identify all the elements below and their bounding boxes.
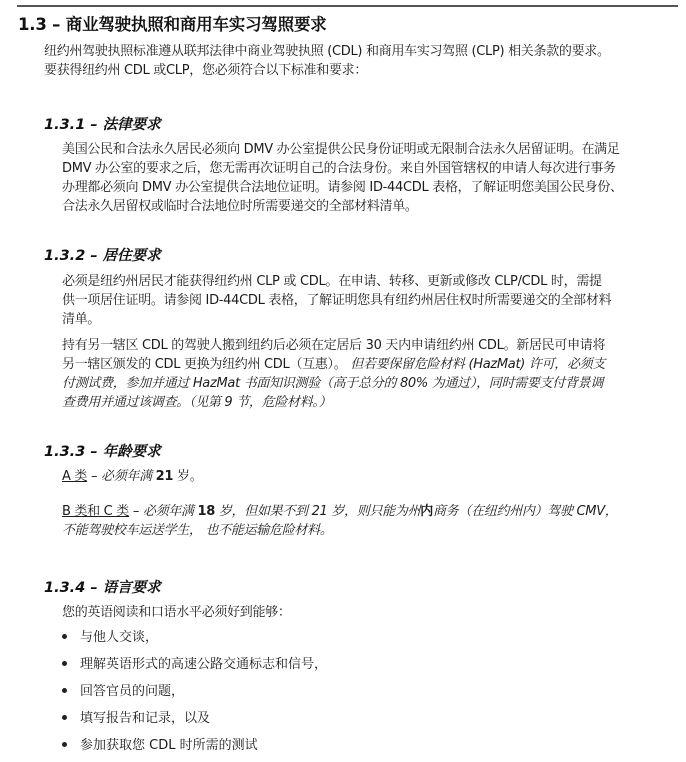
bullet-text: 理解英语形式的高速公路交通标志和信号， (80, 657, 327, 672)
residency-p2-line-2: 另一辖区颁发的 CDL 更换为纽约州 CDL（互惠）。 但若要保留危险材料 (H… (62, 355, 605, 374)
residency-p2-line-2-normal: 另一辖区颁发的 CDL 更换为纽约州 CDL（互惠）。 (62, 357, 346, 372)
bullet-icon (62, 688, 67, 693)
class-bc-text-pre: 必须年满 (143, 504, 198, 519)
bullet-text: 回答官员的问题， (80, 684, 184, 699)
residency-p1-line-3: 清单。 (62, 310, 100, 329)
bullet-icon (62, 715, 67, 720)
page-title: 1.3 – 商业驾驶执照和商用车实习驾照要求 (18, 11, 327, 35)
header-rule (17, 5, 678, 7)
language-bullet: 理解英语形式的高速公路交通标志和信号， (62, 655, 327, 674)
bullet-text: 参加获取您 CDL 时所需的测试 (80, 738, 258, 753)
language-bullet: 参加获取您 CDL 时所需的测试 (62, 736, 258, 755)
language-bullet: 回答官员的问题， (62, 682, 184, 701)
bullet-text: 填写报告和记录，以及 (80, 711, 210, 726)
bullet-text: 与他人交谈， (80, 630, 158, 645)
residency-p1-line-2: 供一项居住证明。请参阅 ID-44CDL 表格，了解证明您具有纽约州居住权时所需… (62, 291, 611, 310)
bullet-icon (62, 661, 67, 666)
header-corner-fragment: · · · · · (629, 0, 676, 5)
intro-line-2: 要获得纽约州 CDL 或CLP，您必须符合以下标准和要求： (44, 61, 367, 80)
class-bc-sep: – (129, 504, 143, 519)
language-intro: 您的英语阅读和口语水平必须好到能够： (62, 603, 291, 622)
section-heading-legal: 1.3.1 – 法律要求 (44, 113, 161, 134)
class-bc-bold-word: 内 (420, 504, 433, 519)
language-bullet: 与他人交谈， (62, 628, 158, 647)
section-heading-language: 1.3.4 – 语言要求 (44, 576, 161, 597)
class-bc-text-post: 商务（在纽约州内）驾驶 CMV， (433, 504, 618, 519)
language-bullet: 填写报告和记录，以及 (62, 709, 210, 728)
residency-p2-line-1: 持有另一辖区 CDL 的驾驶人搬到纽约后必须在定居后 30 天内申请纽约州 CD… (62, 336, 605, 355)
bullet-icon (62, 634, 67, 639)
residency-p2-line-3: 付测试费，参加并通过 HazMat 书面知识测验（高于总分的 80% 为通过），… (62, 374, 603, 393)
section-heading-residency: 1.3.2 – 居住要求 (44, 244, 161, 265)
class-a-label: A 类 (62, 469, 87, 484)
age-class-bc-line-1: B 类和 C 类 – 必须年满 18 岁，但如果不到 21 岁，则只能为州内商务… (62, 502, 618, 521)
residency-p2-line-4: 查费用并通过该调查。（见第 9 节，危险材料。） (62, 393, 331, 412)
class-a-text-pre: 必须年满 (101, 469, 156, 484)
age-class-a: A 类 – 必须年满 21 岁。 (62, 467, 202, 486)
class-a-text-post: 岁。 (173, 469, 202, 484)
class-bc-text-mid: 岁，但如果不到 21 岁，则只能为州 (215, 504, 420, 519)
class-bc-label: B 类和 C 类 (62, 504, 129, 519)
legal-line-1: 美国公民和合法永久居民必须向 DMV 办公室提供公民身份证明或无限制合法永久居留… (62, 140, 620, 159)
legal-line-3: 办理都必须向 DMV 办公室提供合法地位证明。请参阅 ID-44CDL 表格，了… (62, 178, 623, 197)
class-bc-age: 18 (198, 504, 216, 519)
residency-p2-line-2-italic: 但若要保留危险材料 (HazMat) 许可，必须支 (350, 357, 605, 372)
legal-line-4: 合法永久居留权或临时合法地位时所需要递交的全部材料清单。 (62, 197, 418, 216)
legal-line-2: DMV 办公室的要求之后，您无需再次证明自己的合法身份。来自外国管辖权的申请人每… (62, 159, 616, 178)
age-class-bc-line-2: 不能驾驶校车运送学生， 也不能运输危险材料。 (62, 521, 333, 540)
class-a-sep: – (87, 469, 101, 484)
section-heading-age: 1.3.3 – 年龄要求 (44, 440, 161, 461)
residency-p1-line-1: 必须是纽约州居民才能获得纽约州 CLP 或 CDL。在申请、转移、更新或修改 C… (62, 272, 602, 291)
bullet-icon (62, 742, 67, 747)
class-a-age: 21 (156, 469, 174, 484)
intro-line-1: 纽约州驾驶执照标准遵从联邦法律中商业驾驶执照 (CDL) 和商用车实习驾照 (C… (44, 42, 610, 61)
